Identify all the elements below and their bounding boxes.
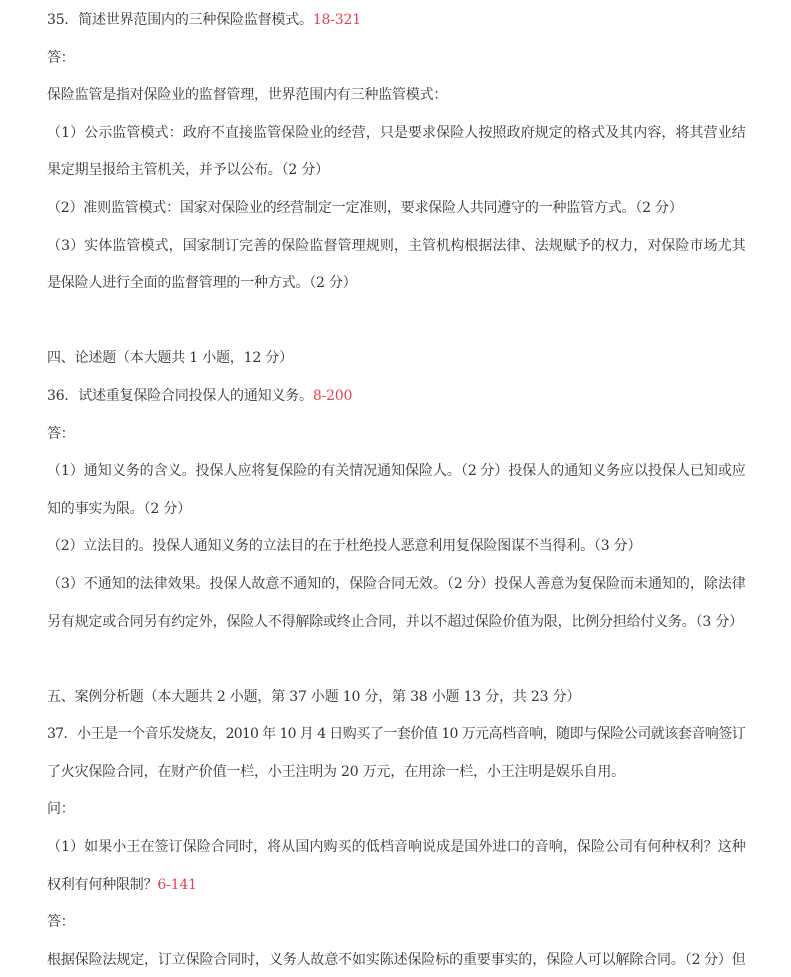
line-text: 另有规定或合同另有约定外，保险人不得解除或终止合同，并以不超过保险价值为限，比例… <box>47 614 743 630</box>
line-text: 37．小王是一个音乐发烧友，2010 年 10 月 4 日购买了一套价值 10 … <box>47 726 745 742</box>
text-line: 果定期呈报给主管机关，并予以公布。（2 分） <box>47 152 745 190</box>
line-text: 是保险人进行全面的监督管理的一种方式。（2 分） <box>47 275 357 291</box>
text-line: 保险监管是指对保险业的监督管理，世界范围内有三种监管模式： <box>47 77 745 115</box>
line-text: 权利有何种限制？ <box>47 877 157 893</box>
text-line: 35．简述世界范围内的三种保险监督模式。18-321 <box>47 2 745 40</box>
text-line: 答： <box>47 416 745 454</box>
text-line: （1）如果小王在签订保险合同时，将从国内购买的低档音响说成是国外进口的音响，保险… <box>47 829 745 867</box>
text-line: 权利有何种限制？6-141 <box>47 867 745 905</box>
line-text: （2）准则监管模式：国家对保险业的经营制定一定准则，要求保险人共同遵守的一种监管… <box>47 200 683 216</box>
text-line: 答： <box>47 904 745 942</box>
line-text: 保险监管是指对保险业的监督管理，世界范围内有三种监管模式： <box>47 87 447 103</box>
text-line: 另有规定或合同另有约定外，保险人不得解除或终止合同，并以不超过保险价值为限，比例… <box>47 604 745 642</box>
line-text: 答： <box>47 426 75 442</box>
line-text: 答： <box>47 914 75 930</box>
text-line: （3）不通知的法律效果。投保人故意不通知的，保险合同无效。（2 分）投保人善意为… <box>47 566 745 604</box>
text-line: 是保险人进行全面的监督管理的一种方式。（2 分） <box>47 265 745 303</box>
page-ref: 6-141 <box>157 877 196 893</box>
line-text: 五、案例分析题（本大题共 2 小题，第 37 小题 10 分，第 38 小题 1… <box>47 689 580 705</box>
text-line: 37．小王是一个音乐发烧友，2010 年 10 月 4 日购买了一套价值 10 … <box>47 716 745 754</box>
line-text: 果定期呈报给主管机关，并予以公布。（2 分） <box>47 162 329 178</box>
line-text: 根据保险法规定，订立保险合同时，义务人故意不如实陈述保险标的重要事实的，保险人可… <box>47 952 745 968</box>
page-ref: 18-321 <box>313 12 361 28</box>
text-line: （1）通知义务的含义。投保人应将复保险的有关情况通知保险人。（2 分）投保人的通… <box>47 453 745 491</box>
text-line: 根据保险法规定，订立保险合同时，义务人故意不如实陈述保险标的重要事实的，保险人可… <box>47 942 745 977</box>
line-text: （1）公示监管模式：政府不直接监管保险业的经营，只是要求保险人按照政府规定的格式… <box>47 125 745 141</box>
text-line: 问： <box>47 791 745 829</box>
text-line: 答： <box>47 40 745 78</box>
line-text: （2）立法目的。投保人通知义务的立法目的在于杜绝投人恶意利用复保险图谋不当得利。… <box>47 538 641 554</box>
text-line: 36．试述重复保险合同投保人的通知义务。8-200 <box>47 378 745 416</box>
line-text: 了火灾保险合同，在财产价值一栏，小王注明为 20 万元，在用涂一栏，小王注明是娱… <box>47 764 625 780</box>
blank-line <box>47 641 745 679</box>
line-text: 问： <box>47 801 75 817</box>
line-text: 35．简述世界范围内的三种保险监督模式。 <box>47 12 313 28</box>
text-line: （3）实体监管模式，国家制订完善的保险监督管理规则，主管机构根据法律、法规赋予的… <box>47 228 745 266</box>
text-line: （2）立法目的。投保人通知义务的立法目的在于杜绝投人恶意利用复保险图谋不当得利。… <box>47 528 745 566</box>
text-line: （2）准则监管模式：国家对保险业的经营制定一定准则，要求保险人共同遵守的一种监管… <box>47 190 745 228</box>
text-line: 五、案例分析题（本大题共 2 小题，第 37 小题 10 分，第 38 小题 1… <box>47 679 745 717</box>
text-line: （1）公示监管模式：政府不直接监管保险业的经营，只是要求保险人按照政府规定的格式… <box>47 115 745 153</box>
line-text: （1）通知义务的含义。投保人应将复保险的有关情况通知保险人。（2 分）投保人的通… <box>47 463 745 479</box>
text-line: 了火灾保险合同，在财产价值一栏，小王注明为 20 万元，在用涂一栏，小王注明是娱… <box>47 754 745 792</box>
line-text: （1）如果小王在签订保险合同时，将从国内购买的低档音响说成是国外进口的音响，保险… <box>47 839 745 855</box>
text-line: 知的事实为限。（2 分） <box>47 491 745 529</box>
line-text: （3）不通知的法律效果。投保人故意不通知的，保险合同无效。（2 分）投保人善意为… <box>47 576 745 592</box>
line-text: 知的事实为限。（2 分） <box>47 501 191 517</box>
blank-line <box>47 303 745 341</box>
text-line: 四、论述题（本大题共 1 小题，12 分） <box>47 340 745 378</box>
line-text: 答： <box>47 50 75 66</box>
exam-answer-page: 35．简述世界范围内的三种保险监督模式。18-321答：保险监管是指对保险业的监… <box>0 0 791 977</box>
page-ref: 8-200 <box>313 388 352 404</box>
line-text: 四、论述题（本大题共 1 小题，12 分） <box>47 350 293 366</box>
line-text: （3）实体监管模式，国家制订完善的保险监督管理规则，主管机构根据法律、法规赋予的… <box>47 238 745 254</box>
line-text: 36．试述重复保险合同投保人的通知义务。 <box>47 388 313 404</box>
document-body: 35．简述世界范围内的三种保险监督模式。18-321答：保险监管是指对保险业的监… <box>47 2 745 977</box>
